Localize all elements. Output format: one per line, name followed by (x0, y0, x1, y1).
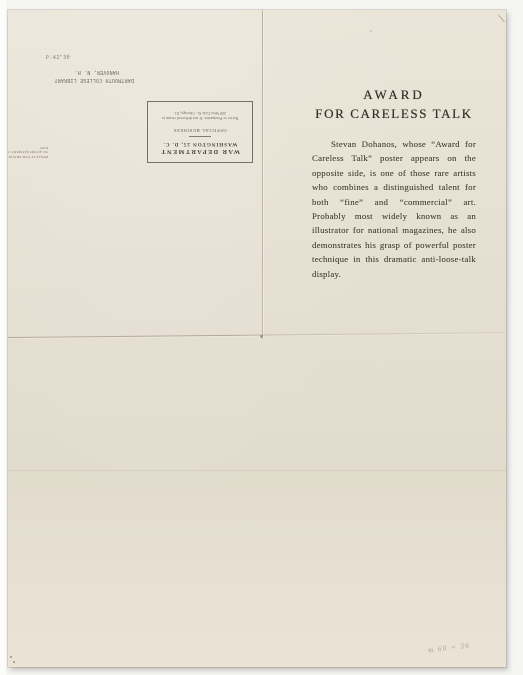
penalty-notice-line1: PENALTY FOR PRIVATE USE (8, 154, 48, 159)
mailing-label-city: WASHINGTON 25, D. C. (163, 140, 238, 147)
paper-speck (10, 656, 12, 658)
paper-speck (13, 661, 15, 663)
accession-pencil-note: P-42"30 (46, 55, 70, 62)
mailing-label-official-business: OFFICIAL BUSINESS (173, 128, 226, 133)
scanned-document-page: { "scan": { "main_text": { "title_line1"… (0, 0, 523, 675)
library-stamp-name: DARTMOUTH COLLEGE LIBRARY (48, 75, 134, 83)
fold-junction-mark (260, 335, 263, 338)
pencil-notation: m 60 + 36 (428, 641, 471, 654)
corner-crease-mark (498, 15, 505, 22)
description-column: AWARD FOR CARELESS TALK Stevan Dohanos, … (312, 88, 476, 281)
body-paragraph: Stevan Dohanos, whose “Award for Careles… (312, 137, 476, 281)
postmaster-notice: Notice to Postmaster: If not delivered r… (162, 111, 239, 120)
paper-speck (370, 30, 372, 32)
vertical-fold-crease (262, 10, 263, 339)
penalty-notice: PENALTY FOR PRIVATE USE TO AVOID PAYMENT… (8, 145, 48, 159)
paper-sheet: DARTMOUTH COLLEGE LIBRARY HANOVER, N. H.… (8, 10, 506, 667)
penalty-notice-line2: TO AVOID PAYMENT OF POSTAGE (8, 150, 48, 155)
title-line-2: FOR CARELESS TALK (312, 107, 476, 121)
library-stamp-city: HANOVER, N. H. (48, 67, 119, 75)
label-divider-rule (189, 136, 211, 137)
title-line-1: AWARD (312, 88, 476, 102)
faint-horizontal-crease (8, 470, 506, 471)
mailing-label-department: WAR DEPARTMENT (160, 148, 240, 155)
scanner-bed-strip (0, 0, 6, 675)
mailing-label-content: WAR DEPARTMENT WASHINGTON 25, D. C. OFFI… (148, 102, 252, 162)
postmaster-notice-line1: Notice to Postmaster: If not delivered r… (162, 115, 239, 120)
mailing-label-box: WAR DEPARTMENT WASHINGTON 25, D. C. OFFI… (147, 101, 253, 163)
library-stamp: DARTMOUTH COLLEGE LIBRARY HANOVER, N. H. (48, 61, 134, 83)
